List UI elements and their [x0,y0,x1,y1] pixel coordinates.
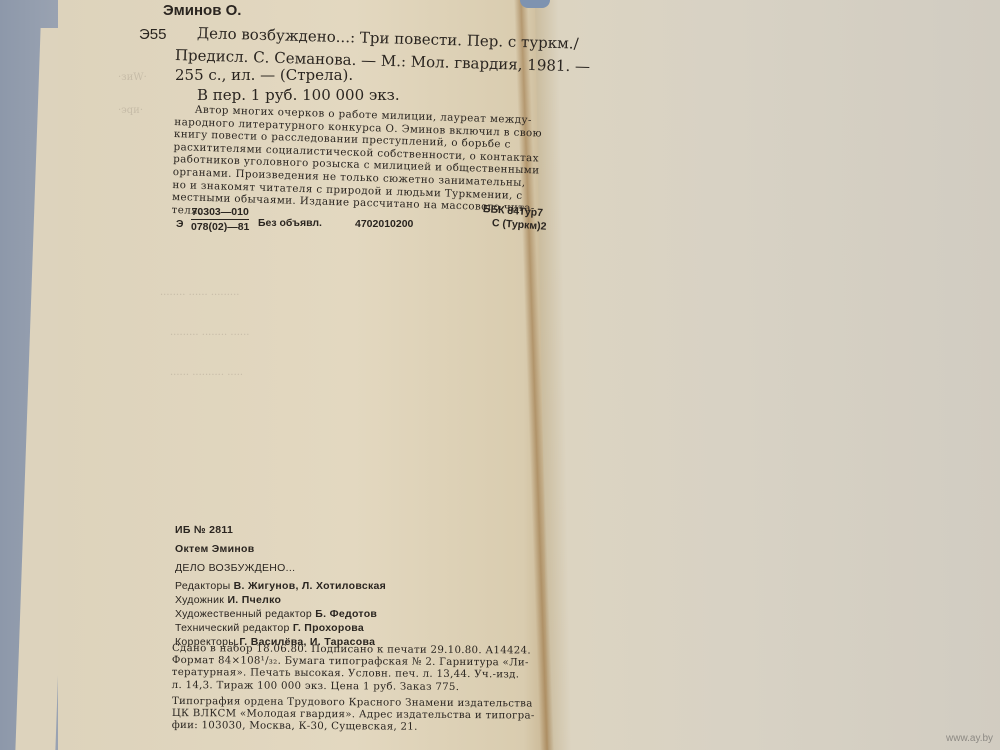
ib-number: ИБ № 2811 [175,524,233,536]
credit-role: Технический редактор [175,622,290,634]
credit-names: Г. Прохорова [293,622,364,634]
show-through-text: ········· ········ ······ [170,330,249,341]
no-announcement: Без объявл. [258,217,322,229]
printer-info: Типография ордена Трудового Красного Зна… [172,696,562,735]
right-page-blank [535,0,1000,750]
credit-role: Художник [175,594,224,606]
e-letter: Э [176,218,183,230]
title-caps: ДЕЛО ВОЗБУЖДЕНО... [175,562,295,574]
catalog-code: Э55 [139,26,166,43]
show-through-text: ·зиW· [118,72,147,83]
author-name: Эминов О. [163,2,241,19]
fraction-denominator: 078(02)—81 [191,220,249,233]
code-number: 4702010200 [355,218,413,230]
fraction-numerator: 70303—010 [191,206,249,220]
credit-role: Редакторы [175,580,230,592]
credit-art-editor: Художественный редактор Б. Федотов [175,608,377,620]
show-through-text: ······ ·········· ····· [170,370,243,381]
credit-role: Художественный редактор [175,608,312,620]
credit-names: Б. Федотов [315,608,377,620]
cover-corner [520,0,550,8]
watermark: www.ay.by [946,733,993,744]
index-fraction: 70303—010 078(02)—81 [191,206,249,233]
show-through-text: ········ ······ ········· [160,290,239,301]
credit-names: В. Жигунов, Л. Хотиловская [234,580,386,592]
pages-series-line: 255 с., ил. — (Стрела). [175,66,353,84]
show-through-text: ·эqи· [118,105,143,116]
print-details: Сдано в набор 18.06.80. Подписано к печа… [172,643,562,695]
credit-tech-editor: Технический редактор Г. Прохорова [175,622,364,634]
credit-artist: Художник И. Пчелко [175,594,281,606]
price-circulation-line: В пер. 1 руб. 100 000 экз. [197,86,400,104]
credit-names: И. Пчелко [227,594,281,606]
credit-editors: Редакторы В. Жигунов, Л. Хотиловская [175,580,386,592]
author-full-name: Октем Эминов [175,543,254,555]
